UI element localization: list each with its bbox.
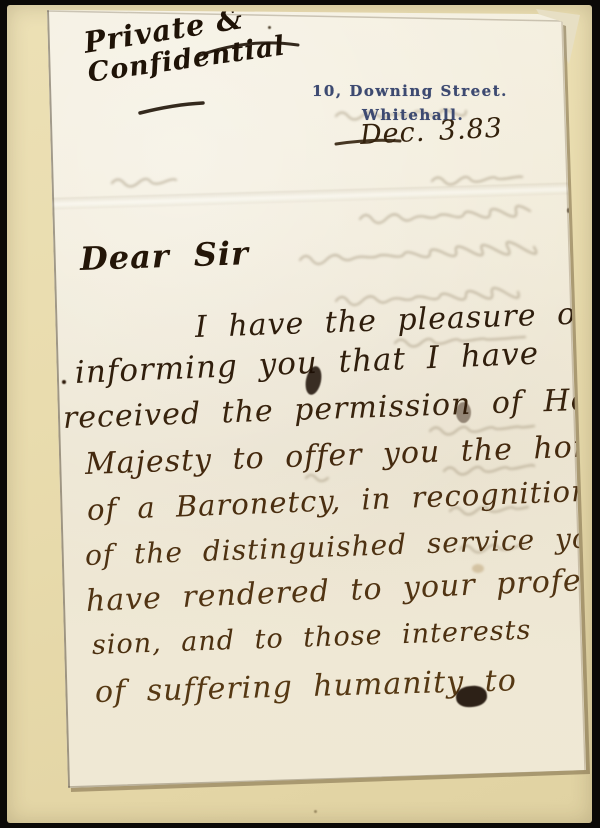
photo-stage: Private & Confidential 10, Downing Stree… [0, 0, 600, 828]
ink-blot [456, 402, 471, 423]
letterhead-address: 10, Downing Street. [312, 82, 508, 100]
paper-speck [268, 26, 271, 29]
letter-page: Private & Confidential 10, Downing Stree… [0, 0, 600, 828]
salutation: Dear Sir [79, 234, 249, 278]
confidential-underline [140, 103, 203, 113]
paper-stain [472, 564, 484, 573]
mount-speck [314, 810, 317, 813]
ink-dot [62, 380, 66, 384]
